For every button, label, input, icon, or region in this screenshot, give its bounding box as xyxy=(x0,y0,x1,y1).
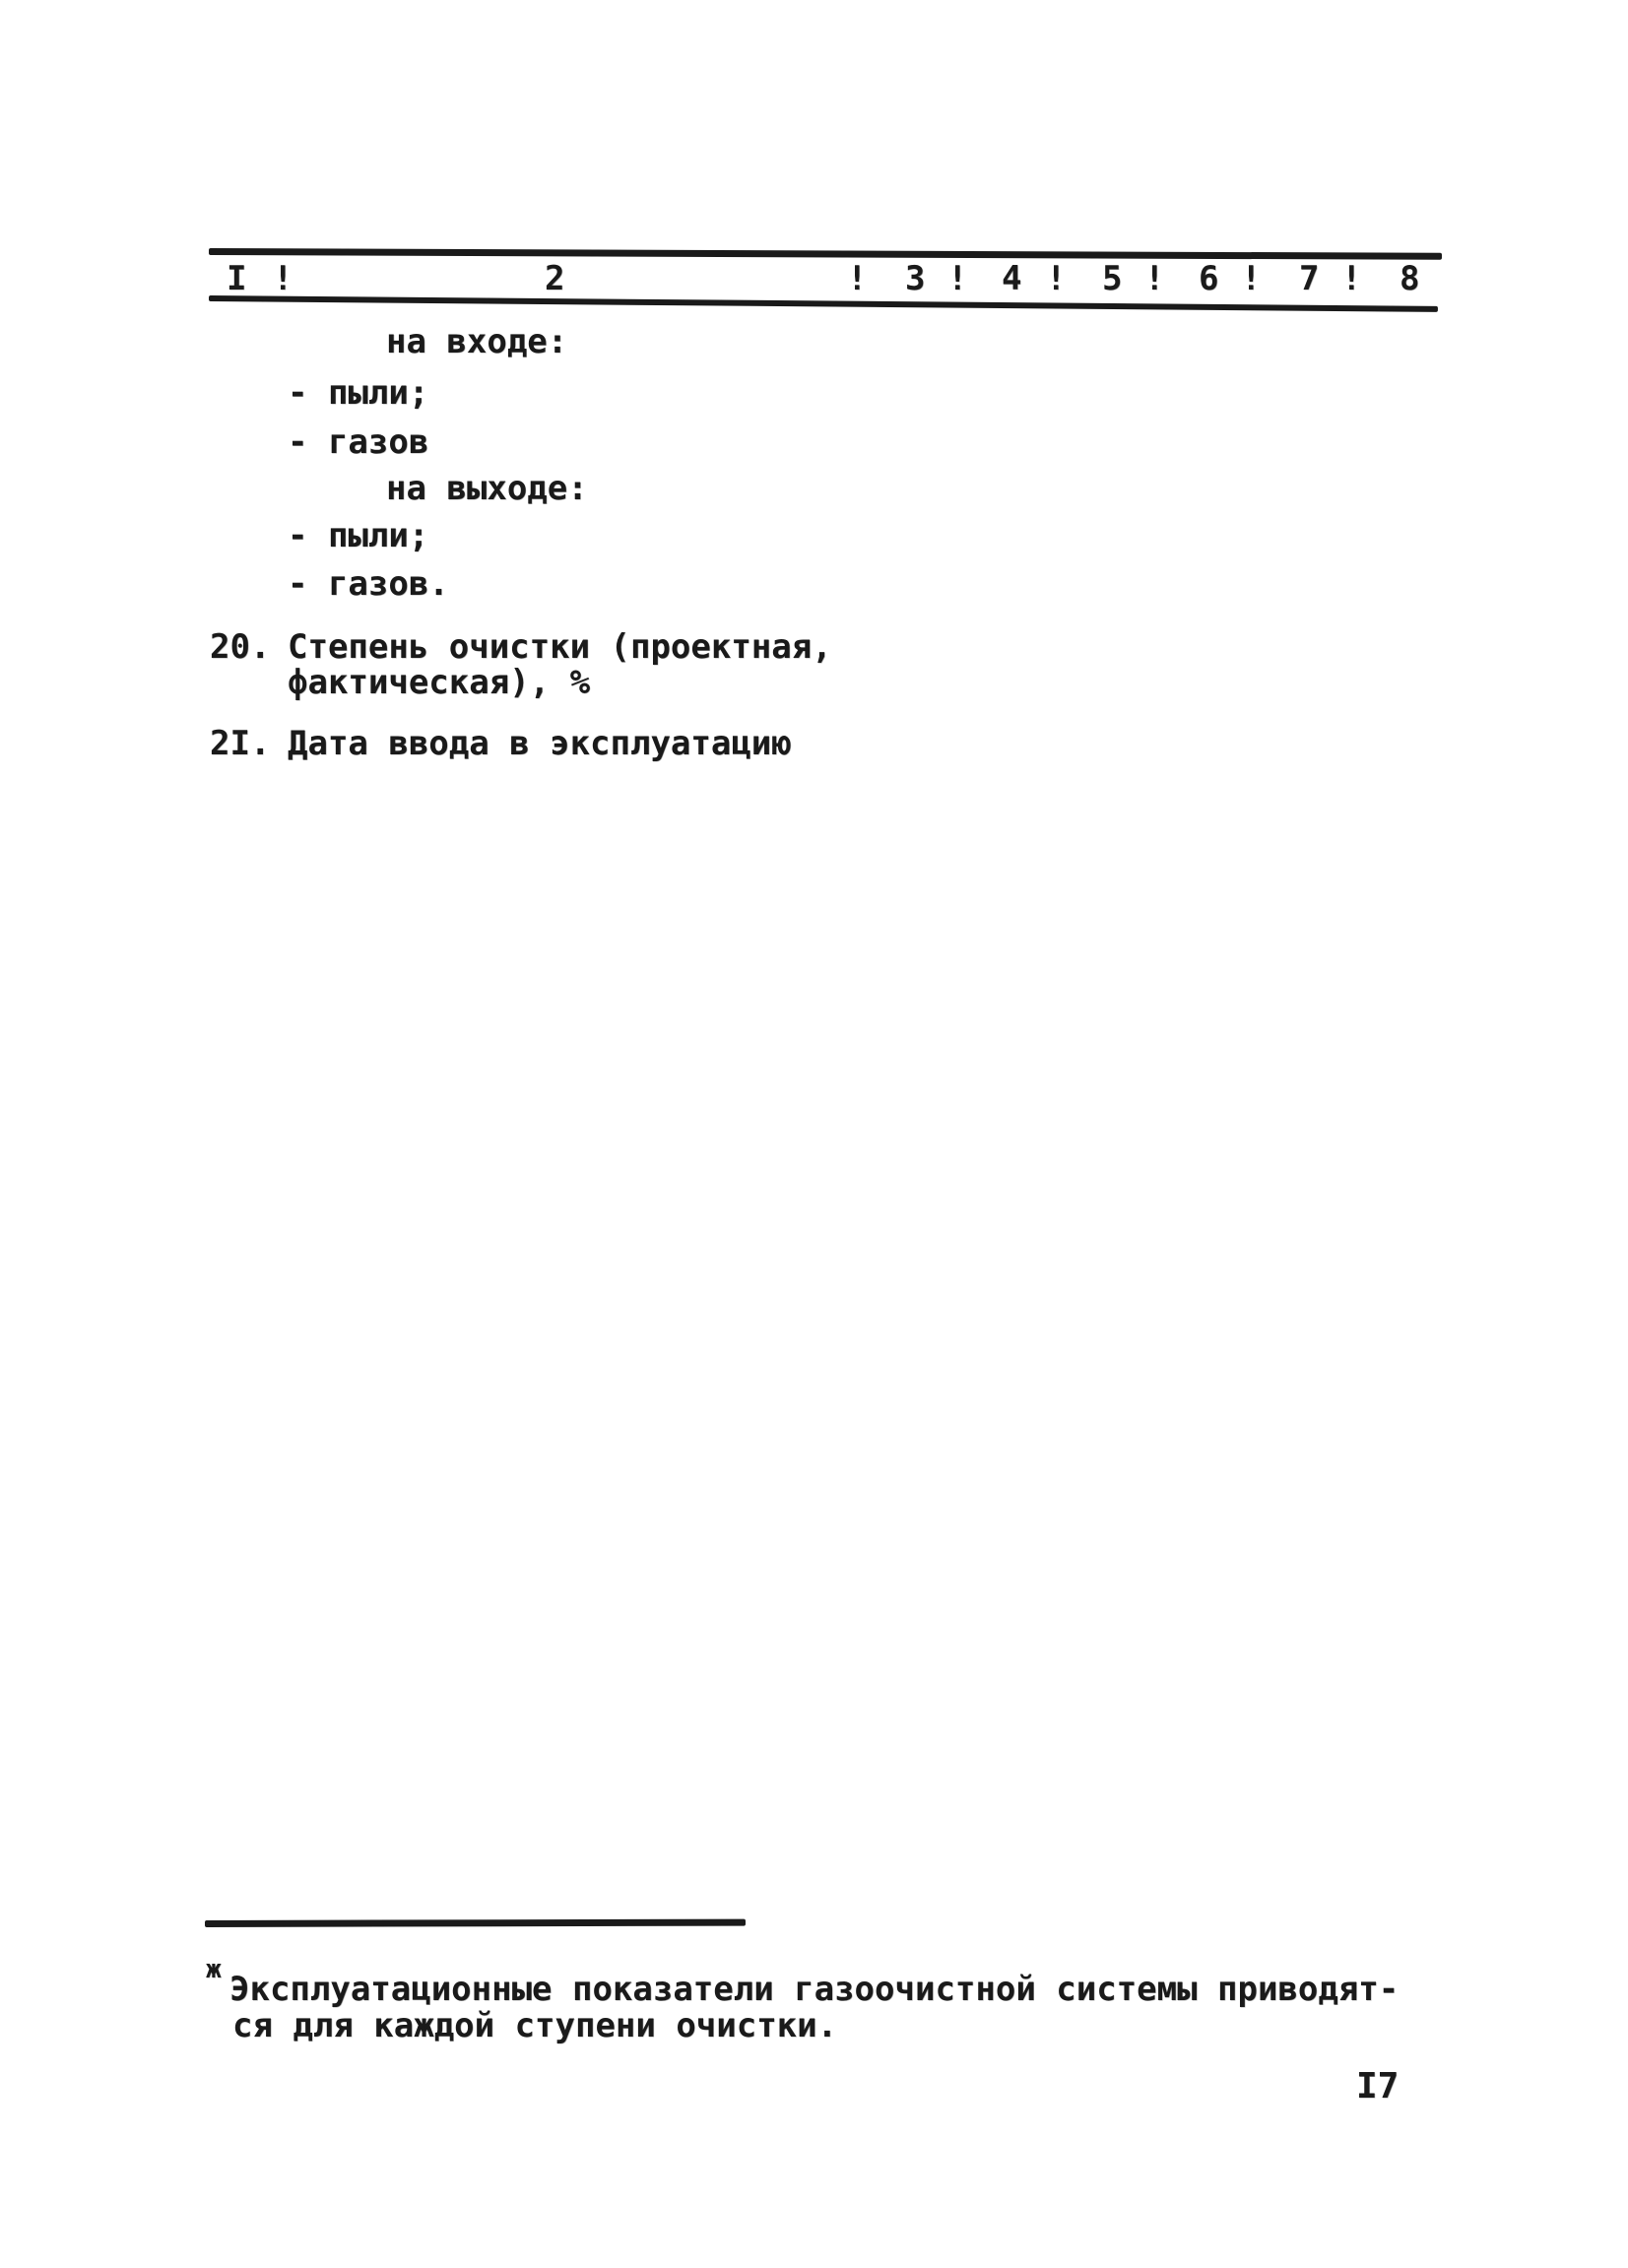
footnote-marker: ж xyxy=(206,1957,222,1982)
sub-label-inlet: на входе: xyxy=(386,325,567,358)
column-number-2: 2 xyxy=(545,262,564,295)
column-number-8: 8 xyxy=(1400,262,1419,295)
column-separator: ! xyxy=(273,262,293,295)
column-number-3: 3 xyxy=(905,262,925,295)
column-separator: ! xyxy=(1241,262,1261,295)
page-number: I7 xyxy=(1356,2069,1399,2105)
column-separator: ! xyxy=(1046,262,1066,295)
column-separator: ! xyxy=(1341,262,1361,295)
column-separator: ! xyxy=(847,262,867,295)
column-separator: ! xyxy=(947,262,967,295)
list-item-inlet-gases: - газов xyxy=(288,425,428,459)
sub-label-outlet: на выходе: xyxy=(386,472,588,505)
list-item-inlet-dust: - пыли; xyxy=(288,376,428,410)
column-number-5: 5 xyxy=(1102,262,1122,295)
item-21-text: Дата ввода в эксплуатацию xyxy=(288,727,792,760)
column-number-6: 6 xyxy=(1199,262,1218,295)
footnote-line-2: ся для каждой ступени очистки. xyxy=(232,2009,837,2042)
item-20-text-line-2: фактическая), % xyxy=(288,666,590,699)
column-separator: ! xyxy=(1144,262,1164,295)
item-20-text-line-1: Степень очистки (проектная, xyxy=(288,630,832,664)
footnote-separator-rule xyxy=(205,1919,746,1927)
footnote-line-1: Эксплуатационные показатели газоочистной… xyxy=(229,1973,1399,2006)
item-21-number: 2I. xyxy=(210,727,270,760)
list-item-outlet-dust: - пыли; xyxy=(288,519,428,552)
column-number-4: 4 xyxy=(1002,262,1021,295)
column-number-7: 7 xyxy=(1299,262,1319,295)
column-number-1: I xyxy=(227,262,246,295)
item-20-number: 20. xyxy=(210,630,270,664)
list-item-outlet-gases: - газов. xyxy=(288,567,449,601)
scanned-document-page: I ! 2 ! 3 ! 4 ! 5 ! 6 ! 7 ! 8 на входе: … xyxy=(0,0,1628,2268)
